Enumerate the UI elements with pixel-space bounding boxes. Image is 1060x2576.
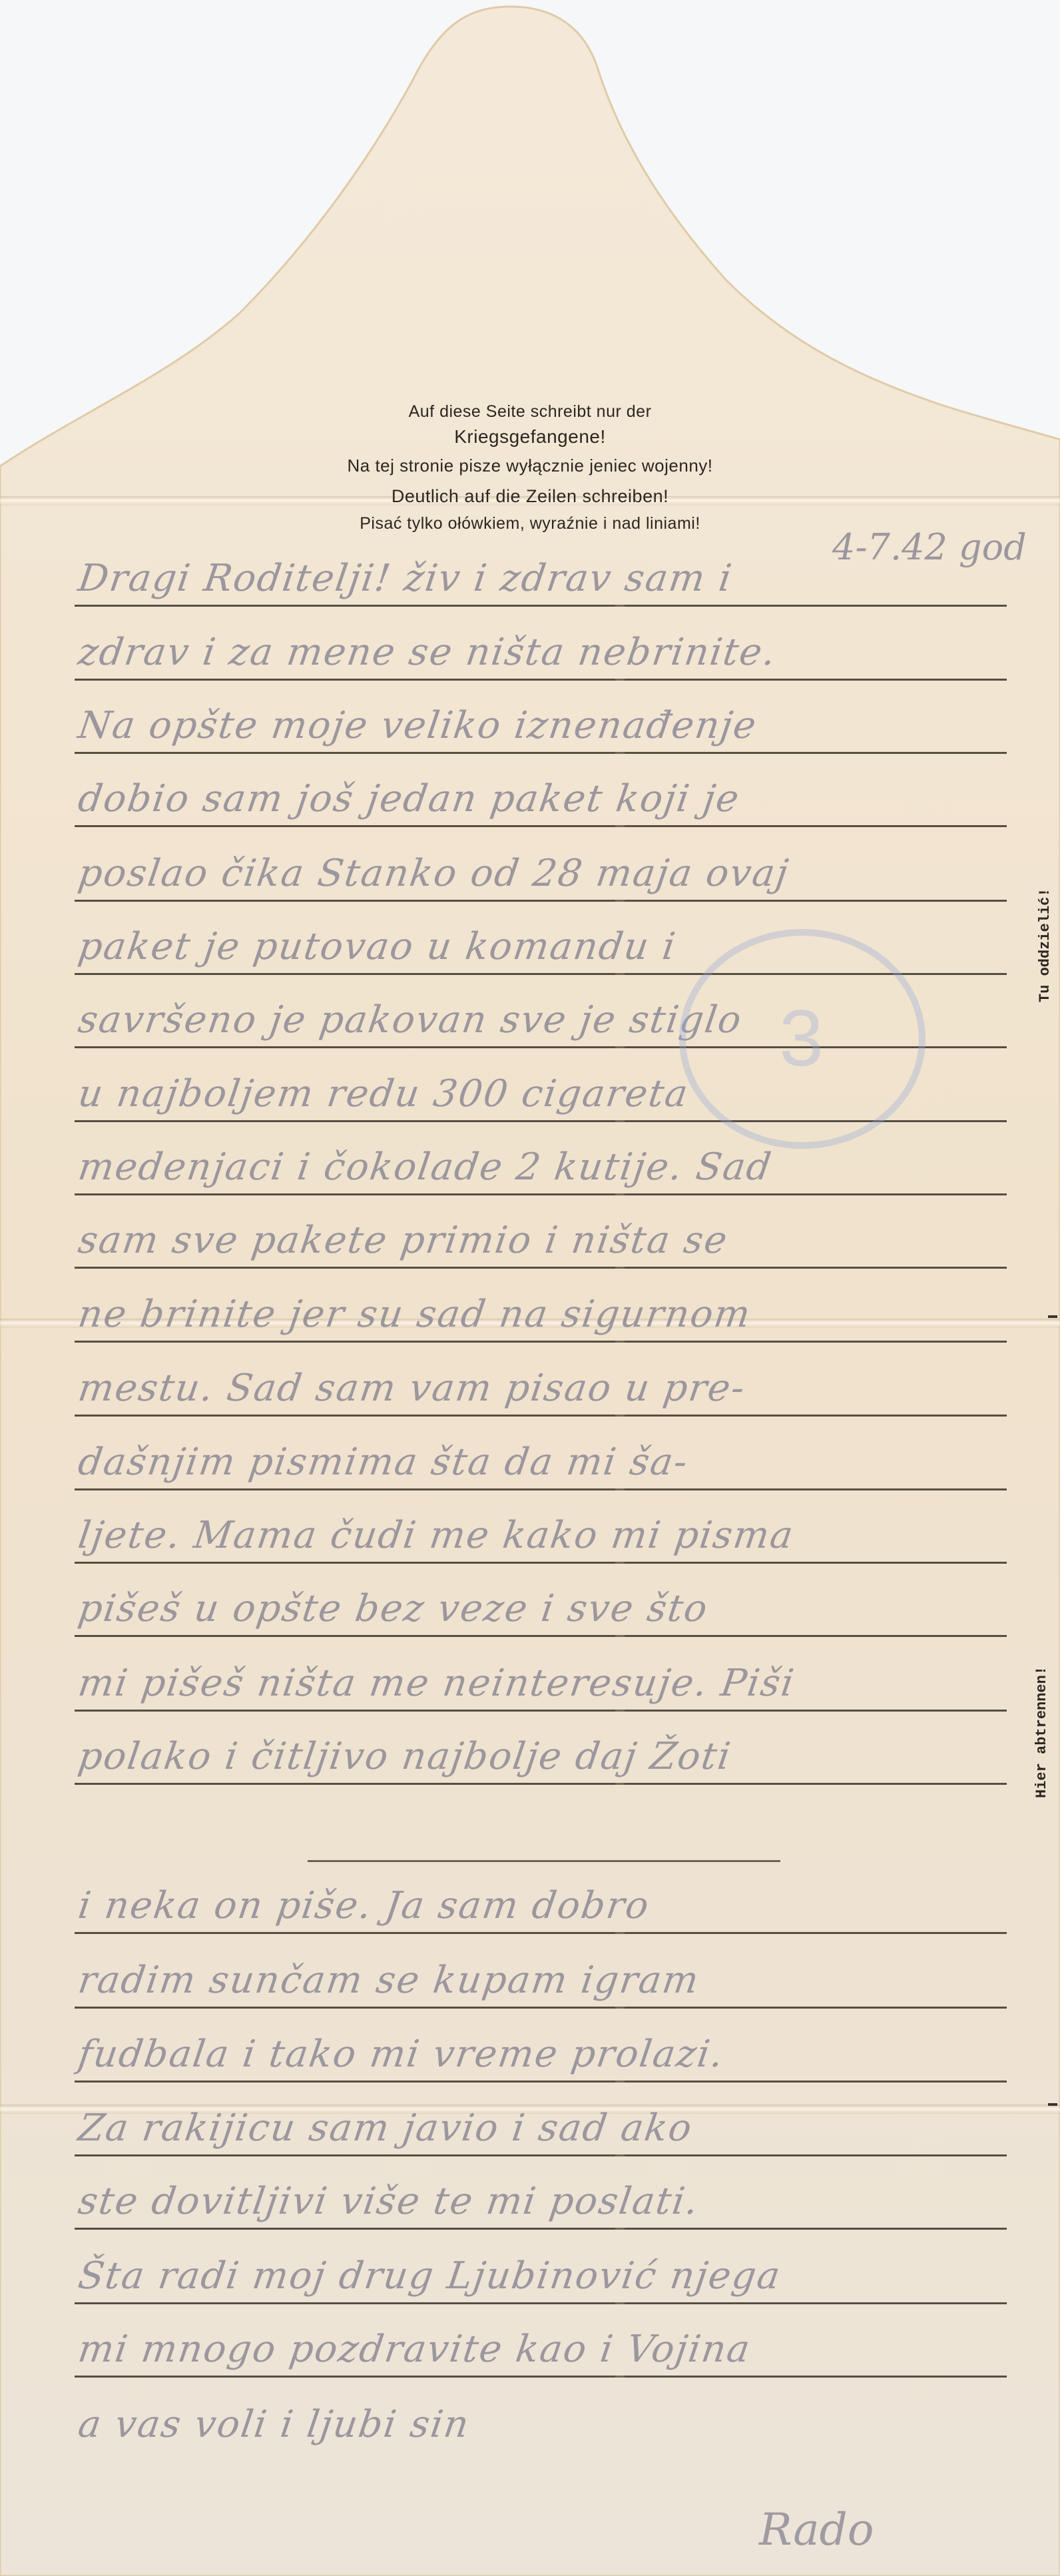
ruled-line (75, 1193, 1007, 1195)
handwritten-line: pišeš u opšte bez veze i sve što (75, 1587, 1053, 1630)
side-label-tu-oddzielic: Tu oddzielić! (1037, 888, 1053, 1002)
ruled-line (75, 1710, 1007, 1712)
fold-tick (1048, 1315, 1057, 1318)
side-label-hier-abtrennen: Hier abtrennen! (1033, 1666, 1050, 1798)
ruled-line (75, 1341, 1007, 1343)
handwritten-line: i neka on piše. Ja sam dobro (75, 1884, 1053, 1927)
ruled-line (75, 679, 1007, 681)
handwritten-line: sam sve pakete primio i ništa se (75, 1219, 1053, 1262)
ruled-line (75, 2302, 1007, 2304)
handwritten-line: ne brinite jer su sad na sigurnom (75, 1293, 1053, 1336)
handwritten-line: a vas voli i ljubi sin (75, 2403, 1053, 2446)
ruled-line (75, 900, 1007, 902)
handwritten-line: mestu. Sad sam vam pisao u pre- (75, 1367, 1053, 1410)
censor-stamp-mark: 3 (779, 992, 824, 1084)
handwritten-line: poslao čika Stanko od 28 maja ovaj (75, 852, 1053, 895)
signature: Rado (759, 2504, 874, 2555)
header-line-de-1: Auf diese Seite schreibt nur der (0, 402, 1060, 422)
handwritten-line: mi mnogo pozdravite kao i Vojina (75, 2328, 1053, 2371)
letter-sheet: Auf diese Seite schreibt nur der Kriegsg… (0, 0, 1060, 2576)
ruled-line (75, 1415, 1007, 1417)
ruled-line (75, 2081, 1007, 2083)
handwritten-line: mi pišeš ništa me neinteresuje. Piši (75, 1662, 1053, 1705)
handwritten-line: ste dovitljivi više te mi poslati. (75, 2180, 1053, 2223)
separator-rule (308, 1860, 780, 1862)
ruled-line (75, 2007, 1007, 2009)
header-line-pl-1: Na tej stronie pisze wyłącznie jeniec wo… (0, 456, 1060, 476)
handwritten-line: dobio sam još jedan paket koji je (75, 777, 1053, 820)
ruled-line (75, 1267, 1007, 1269)
handwritten-line: polako i čitljivo najbolje daj Žoti (75, 1735, 1053, 1778)
handwritten-line: ljete. Mama čudi me kako mi pisma (75, 1514, 1053, 1557)
ruled-line (75, 2228, 1007, 2230)
ruled-line (75, 825, 1007, 827)
fold-tick (1048, 2103, 1057, 2106)
header-line-de-2: Kriegsgefangene! (0, 426, 1060, 448)
ruled-line (75, 1635, 1007, 1637)
handwritten-line: Za rakijicu sam javio i sad ako (75, 2106, 1053, 2150)
handwritten-line: zdrav i za mene se ništa nebrinite. (75, 631, 1053, 674)
ruled-line (75, 752, 1007, 754)
handwritten-line: paket je putovao u komandu i (75, 925, 1053, 968)
ruled-line (75, 1562, 1007, 1564)
handwritten-line: Šta radi moj drug Ljubinović njega (75, 2254, 1053, 2298)
handwritten-line: medenjaci i čokolade 2 kutije. Sad (75, 1145, 1053, 1189)
handwritten-line: Dragi Roditelji! živ i zdrav sam i (75, 557, 1053, 600)
ruled-line (75, 605, 1007, 607)
ruled-line (75, 2154, 1007, 2156)
handwritten-line: dašnjim pismima šta da mi ša- (75, 1441, 1053, 1484)
handwritten-line: radim sunčam se kupam igram (75, 1959, 1053, 2002)
ruled-line (75, 1932, 1007, 1934)
header-line-de-3: Deutlich auf die Zeilen schreiben! (0, 486, 1060, 507)
ruled-line (75, 2376, 1007, 2378)
handwritten-line: fudbala i tako mi vreme prolazi. (75, 2033, 1053, 2076)
ruled-line (75, 1783, 1007, 1785)
handwritten-line: Na opšte moje veliko iznenađenje (75, 704, 1053, 747)
ruled-line (75, 1488, 1007, 1490)
